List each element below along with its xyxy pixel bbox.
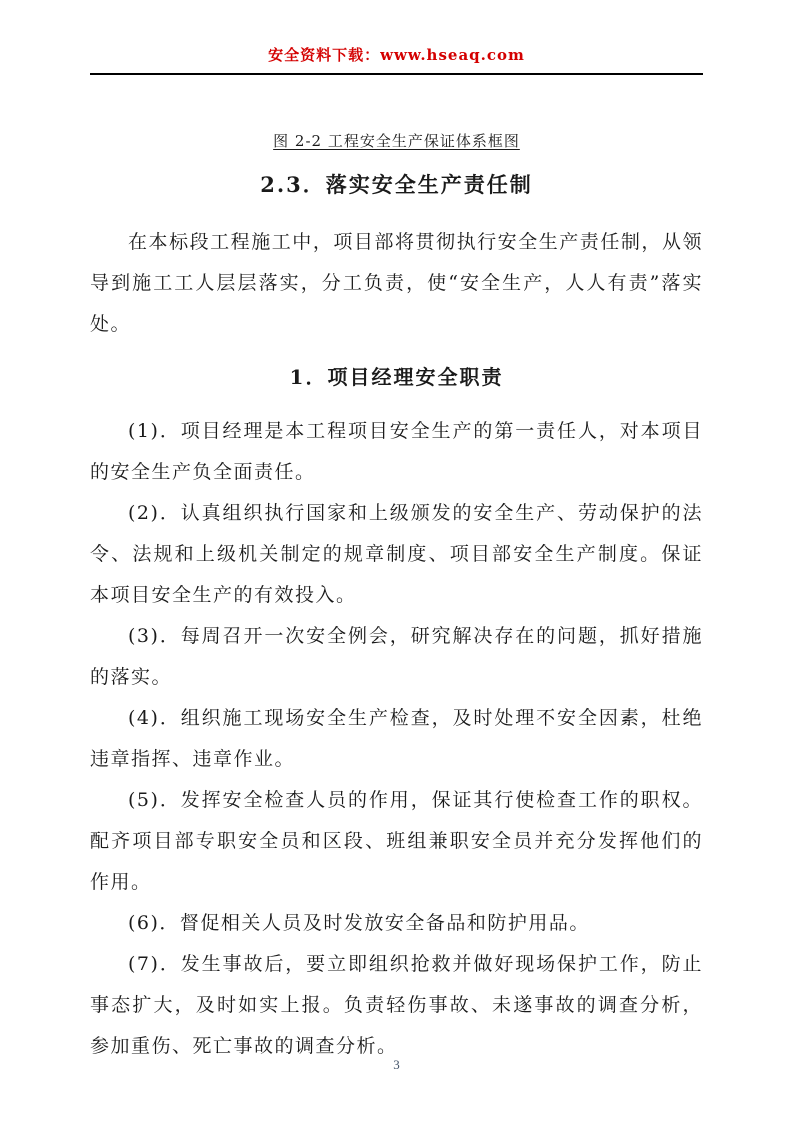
document-body: 图 2-2 工程安全生产保证体系框图 2.3．落实安全生产责任制 在本标段工程施… xyxy=(90,130,703,1067)
figure-caption-text: 图 2-2 工程安全生产保证体系框图 xyxy=(273,132,520,150)
list-item-7: (7)．发生事故后，要立即组织抢救并做好现场保护工作，防止事态扩大，及时如实上报… xyxy=(90,944,703,1067)
list-item-2: (2)．认真组织执行国家和上级颁发的安全生产、劳动保护的法令、法规和上级机关制定… xyxy=(90,493,703,616)
list-item-1: (1)．项目经理是本工程项目安全生产的第一责任人，对本项目的安全生产负全面责任。 xyxy=(90,411,703,493)
list-item-6: (6)．督促相关人员及时发放安全备品和防护用品。 xyxy=(90,903,703,944)
intro-paragraph: 在本标段工程施工中，项目部将贯彻执行安全生产责任制，从领导到施工工人层层落实，分… xyxy=(90,222,703,345)
list-item-3: (3)．每周召开一次安全例会，研究解决存在的问题，抓好措施的落实。 xyxy=(90,616,703,698)
page-footer: 3 xyxy=(0,1055,793,1075)
header-divider xyxy=(90,73,703,75)
section-heading: 2.3．落实安全生产责任制 xyxy=(90,170,703,200)
figure-caption: 图 2-2 工程安全生产保证体系框图 xyxy=(90,130,703,152)
subsection-heading: 1．项目经理安全职责 xyxy=(90,363,703,391)
page-number: 3 xyxy=(393,1057,400,1072)
list-item-4: (4)．组织施工现场安全生产检查，及时处理不安全因素，杜绝违章指挥、违章作业。 xyxy=(90,698,703,780)
header-download-text: 安全资料下载：www.hseaq.com xyxy=(268,46,525,64)
list-item-5: (5)．发挥安全检查人员的作用，保证其行使检查工作的职权。配齐项目部专职安全员和… xyxy=(90,780,703,903)
document-page: 安全资料下载：www.hseaq.com 图 2-2 工程安全生产保证体系框图 … xyxy=(0,0,793,1122)
page-header: 安全资料下载：www.hseaq.com xyxy=(90,44,703,65)
